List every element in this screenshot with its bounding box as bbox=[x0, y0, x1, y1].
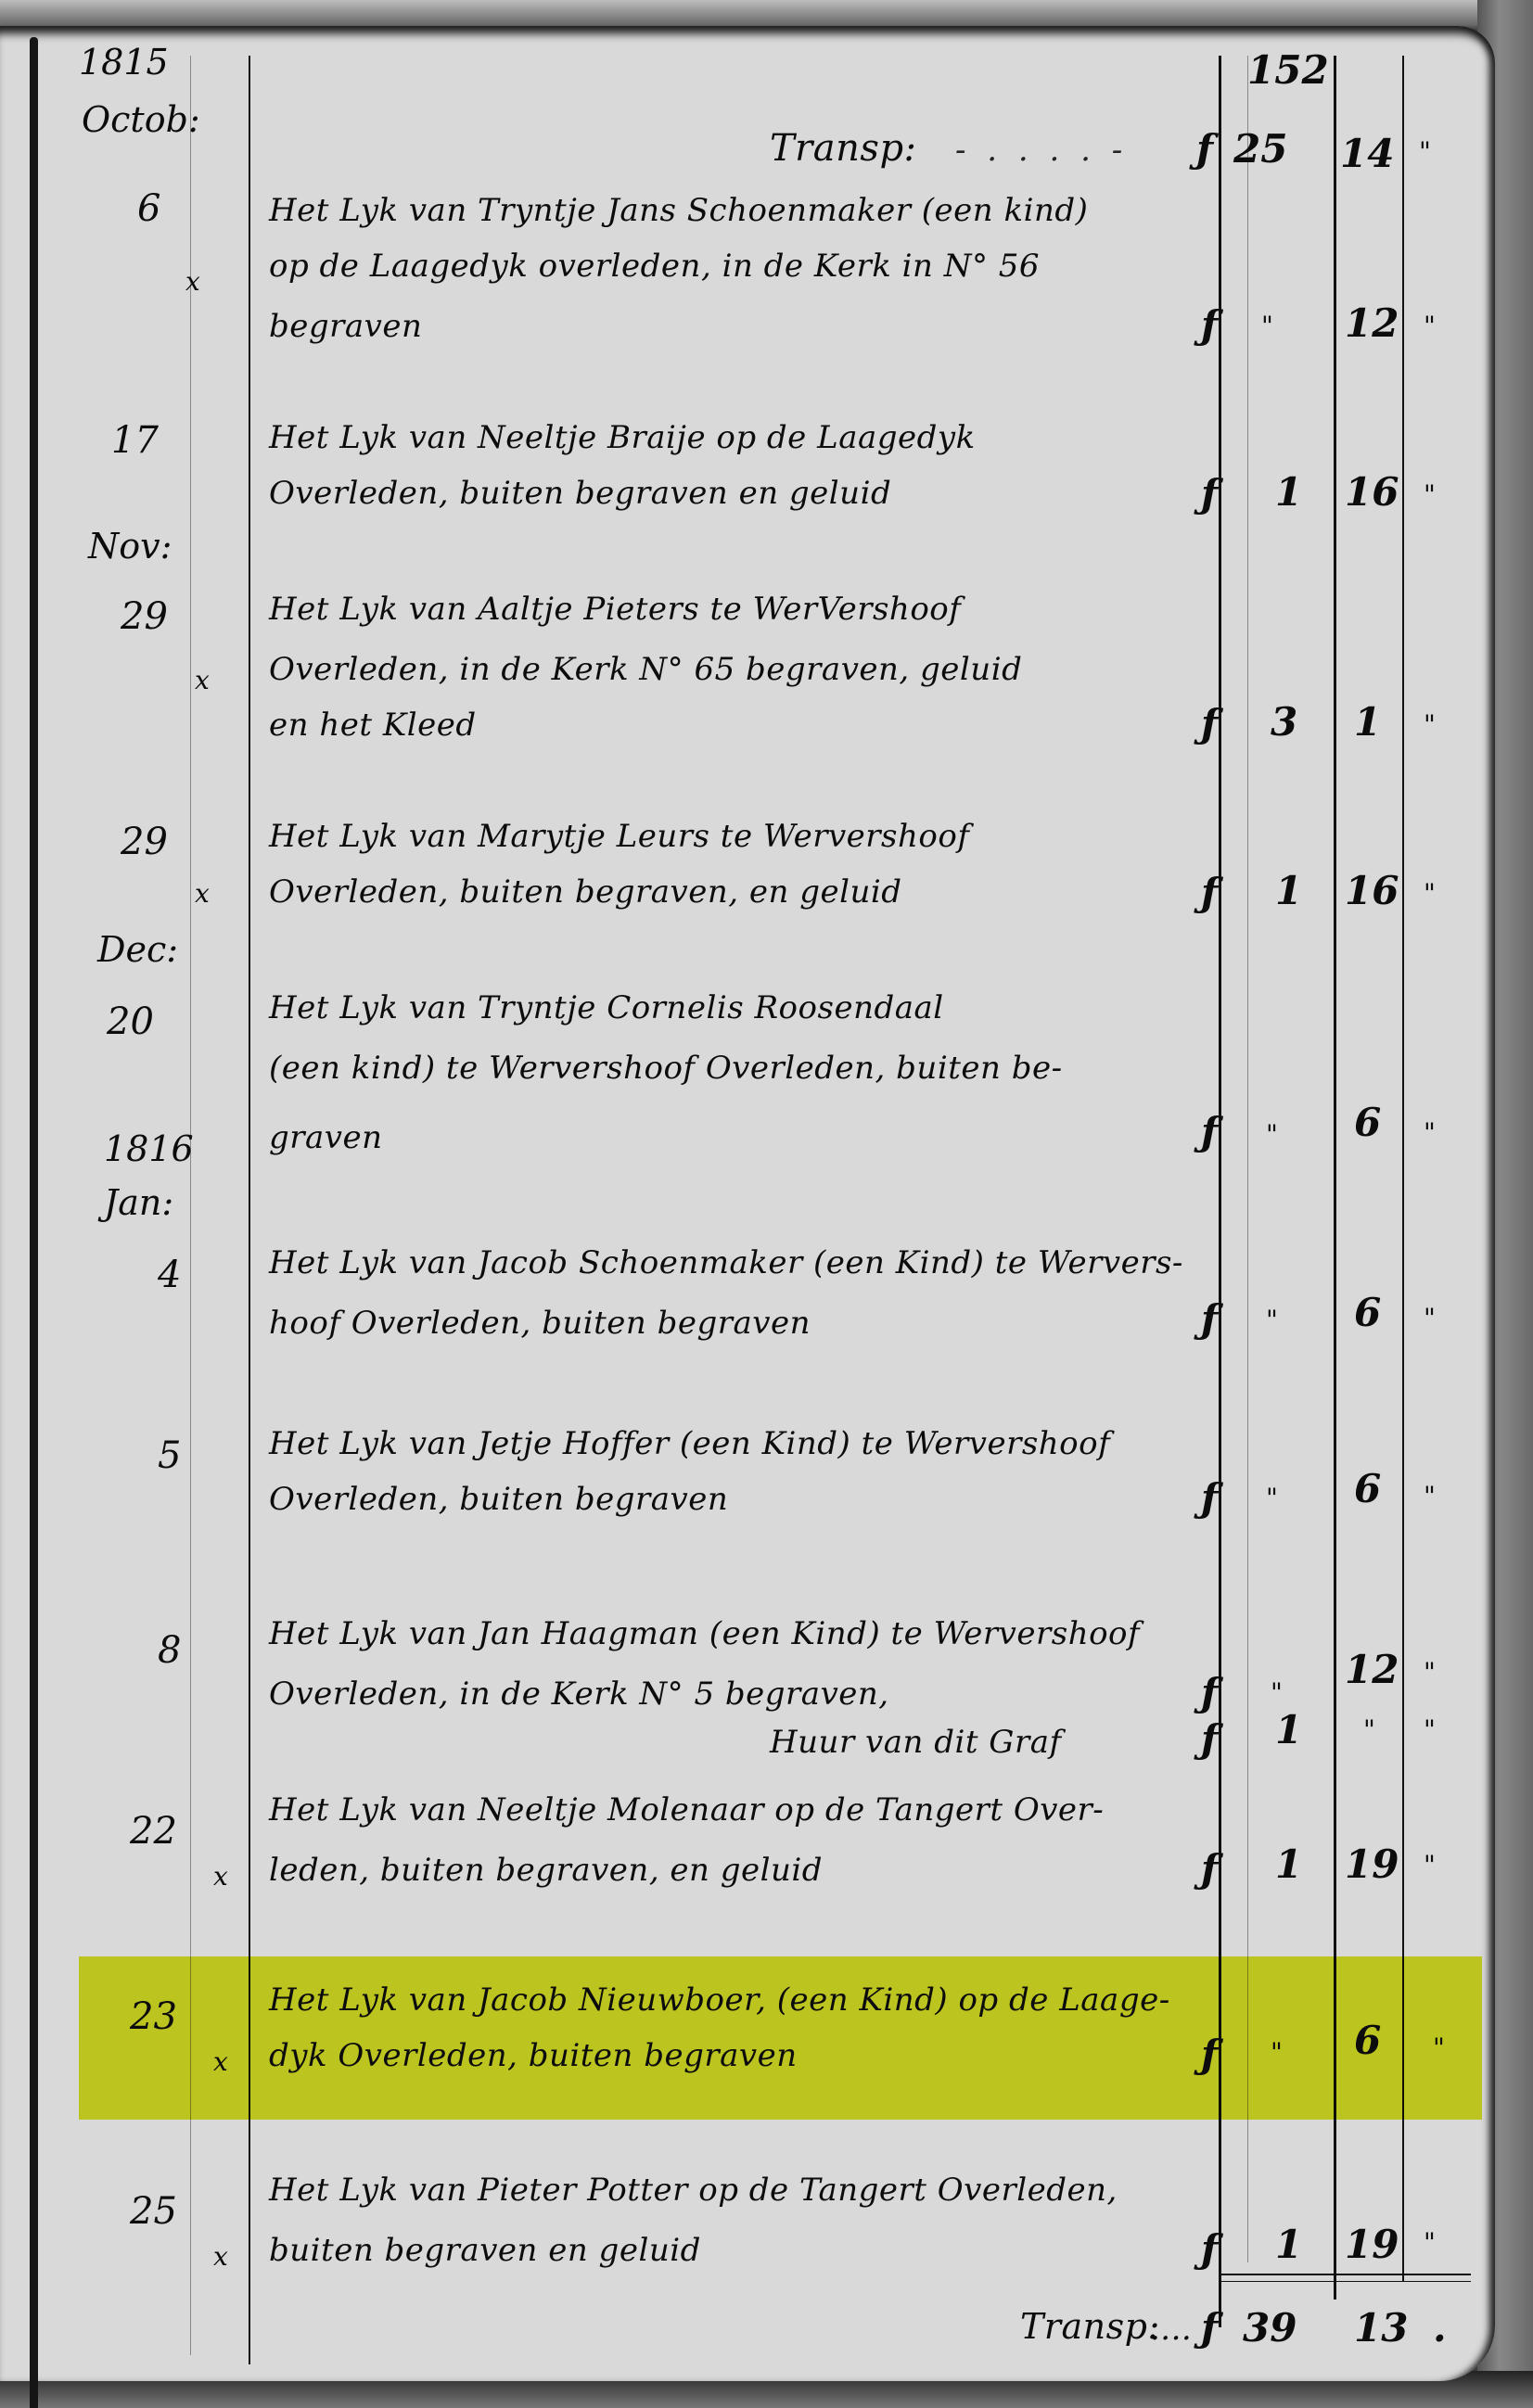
entry-penningen: " bbox=[1424, 2230, 1436, 2256]
entry-line: buiten begraven en geluid bbox=[269, 2235, 701, 2266]
entry-line: Het Lyk van Tryntje Cornelis Roosendaal bbox=[269, 992, 944, 1024]
entry-stuivers: 19 bbox=[1345, 1845, 1399, 1884]
entry-penningen: " bbox=[1424, 1660, 1436, 1686]
entry-penningen: " bbox=[1424, 1853, 1436, 1879]
entry-line: graven bbox=[269, 1122, 383, 1153]
currency-mark: ƒ bbox=[1201, 2309, 1218, 2348]
entry-date: 8 bbox=[158, 1632, 181, 1669]
entry-guilders: 1 bbox=[1275, 2225, 1302, 2264]
entry-line: hoof Overleden, buiten begraven bbox=[269, 1307, 811, 1339]
entry-stuivers: 16 bbox=[1345, 872, 1399, 911]
transport-guilders-bottom: 39 bbox=[1243, 2309, 1297, 2348]
entry-guilders: " bbox=[1271, 2040, 1283, 2066]
extra-stuivers: " bbox=[1363, 1717, 1375, 1743]
entry-date: 20 bbox=[107, 1003, 154, 1040]
month-october: Octob: bbox=[82, 102, 200, 137]
entry-line: (een kind) te Wervershoof Overleden, bui… bbox=[269, 1052, 1063, 1084]
entry-marker: x bbox=[195, 881, 210, 907]
year-1815: 1815 bbox=[79, 45, 169, 80]
transport-guilders-top: 25 bbox=[1233, 130, 1287, 169]
currency-mark: ƒ bbox=[1201, 475, 1218, 514]
entry-stuivers: 19 bbox=[1345, 2225, 1399, 2264]
entry-line: Het Lyk van Aaltje Pieters te WerVershoo… bbox=[269, 593, 961, 625]
entry-guilders: " bbox=[1266, 1485, 1278, 1511]
entry-line: Overleden, buiten begraven, en geluid bbox=[269, 876, 902, 908]
entry-stuivers: 12 bbox=[1345, 304, 1399, 343]
entry-line: Het Lyk van Pieter Potter op de Tangert … bbox=[269, 2174, 1118, 2206]
transport-leader-top: - . . . . - bbox=[955, 134, 1128, 166]
entry-guilders: 1 bbox=[1275, 1845, 1302, 1884]
page-number: 152 bbox=[1247, 51, 1329, 90]
entry-marker: x bbox=[195, 668, 210, 694]
entry-penningen: " bbox=[1424, 712, 1436, 738]
entry-stuivers: 6 bbox=[1354, 1103, 1381, 1142]
entry-line: en het Kleed bbox=[269, 709, 477, 741]
entry-stuivers: 16 bbox=[1345, 473, 1399, 512]
entry-guilders: " bbox=[1266, 1307, 1278, 1333]
currency-mark: ƒ bbox=[1196, 130, 1213, 169]
currency-mark: ƒ bbox=[1201, 1674, 1218, 1713]
entry-line: Overleden, in de Kerk N° 65 begraven, ge… bbox=[269, 654, 1022, 685]
entry-penningen: " bbox=[1433, 2035, 1445, 2061]
total-rule bbox=[1220, 2274, 1471, 2275]
entry-date: 4 bbox=[158, 1256, 181, 1293]
entry-guilders: 1 bbox=[1275, 872, 1302, 911]
entry-date: 29 bbox=[121, 598, 168, 635]
currency-mark: ƒ bbox=[1201, 2035, 1218, 2074]
entry-penningen: " bbox=[1424, 881, 1436, 907]
extra-penningen: " bbox=[1424, 1717, 1436, 1743]
entry-line: leden, buiten begraven, en geluid bbox=[269, 1854, 823, 1886]
entry-guilders: 3 bbox=[1271, 703, 1297, 742]
entry-marker: x bbox=[213, 2049, 228, 2075]
entry-line: Overleden, in de Kerk N° 5 begraven, bbox=[269, 1678, 889, 1710]
penningen-column-rule bbox=[1402, 56, 1404, 2281]
currency-mark: ƒ bbox=[1201, 1479, 1218, 1518]
entry-line: Huur van dit Graf bbox=[770, 1726, 1062, 1758]
entry-marker: x bbox=[185, 269, 200, 295]
entry-line: begraven bbox=[269, 311, 422, 342]
entry-stuivers: 6 bbox=[1354, 1470, 1381, 1509]
currency-mark: ƒ bbox=[1201, 1850, 1218, 1889]
entry-date: 25 bbox=[130, 2193, 177, 2230]
entry-guilders: " bbox=[1266, 1122, 1278, 1148]
transport-label-top: Transp: bbox=[770, 130, 917, 167]
currency-mark: ƒ bbox=[1201, 1113, 1218, 1152]
entry-date: 5 bbox=[158, 1437, 181, 1474]
transport-label-bottom: Transp: bbox=[1020, 2309, 1160, 2344]
entry-penningen: " bbox=[1424, 313, 1436, 339]
entry-date: 6 bbox=[137, 190, 160, 227]
entry-line: Het Lyk van Tryntje Jans Schoenmaker (ee… bbox=[269, 195, 1088, 226]
entry-line: Het Lyk van Jacob Nieuwboer, (een Kind) … bbox=[269, 1984, 1170, 2016]
currency-mark: ƒ bbox=[1201, 873, 1218, 912]
currency-mark: ƒ bbox=[1201, 1720, 1218, 1759]
entry-line: Het Lyk van Jan Haagman (een Kind) te We… bbox=[269, 1618, 1140, 1650]
entry-line: Het Lyk van Neeltje Braije op de Laagedy… bbox=[269, 422, 976, 453]
extra-guilders: 1 bbox=[1275, 1711, 1302, 1750]
entry-line: Het Lyk van Marytje Leurs te Wervershoof bbox=[269, 821, 969, 852]
currency-mark: ƒ bbox=[1201, 2230, 1218, 2269]
entry-line: Het Lyk van Jetje Hoffer (een Kind) te W… bbox=[269, 1428, 1110, 1459]
entry-line: Het Lyk van Neeltje Molenaar op de Tange… bbox=[269, 1794, 1104, 1826]
entry-date: 29 bbox=[121, 823, 168, 860]
entry-penningen: " bbox=[1424, 1484, 1436, 1510]
entry-penningen: " bbox=[1424, 482, 1436, 508]
year-1816: 1816 bbox=[104, 1131, 194, 1166]
transport-leader-bottom: .... bbox=[1150, 2313, 1192, 2345]
guilders-inner-rule bbox=[1247, 56, 1248, 2262]
month-november: Nov: bbox=[88, 529, 172, 564]
entry-date: 17 bbox=[111, 422, 159, 459]
entry-line: Het Lyk van Jacob Schoenmaker (een Kind)… bbox=[269, 1247, 1183, 1279]
entry-penningen: " bbox=[1424, 1306, 1436, 1331]
entry-line: Overleden, buiten begraven bbox=[269, 1484, 728, 1515]
currency-mark: ƒ bbox=[1201, 1300, 1218, 1339]
entry-stuivers: 6 bbox=[1354, 2021, 1381, 2060]
entry-date: 23 bbox=[130, 1998, 177, 2035]
currency-mark: ƒ bbox=[1201, 306, 1218, 345]
total-rule-double bbox=[1220, 2281, 1471, 2282]
entry-stuivers: 1 bbox=[1354, 703, 1381, 742]
transport-penningen-bottom: . bbox=[1433, 2309, 1447, 2348]
entry-guilders: " bbox=[1271, 1680, 1283, 1706]
entry-date: 22 bbox=[130, 1813, 177, 1850]
entry-guilders: 1 bbox=[1275, 473, 1302, 512]
entry-line: op de Laagedyk overleden, in de Kerk in … bbox=[269, 250, 1040, 282]
entry-penningen: " bbox=[1424, 1120, 1436, 1146]
transport-penningen-top: " bbox=[1419, 139, 1431, 165]
entry-stuivers: 6 bbox=[1354, 1293, 1381, 1332]
entry-stuivers: 12 bbox=[1345, 1650, 1399, 1689]
transport-stuivers-top: 14 bbox=[1340, 134, 1394, 173]
entry-line: dyk Overleden, buiten begraven bbox=[269, 2040, 798, 2071]
month-january: Jan: bbox=[104, 1185, 173, 1220]
entry-guilders: " bbox=[1261, 313, 1273, 339]
entry-marker: x bbox=[213, 1864, 228, 1890]
transport-stuivers-bottom: 13 bbox=[1354, 2309, 1408, 2348]
entry-marker: x bbox=[213, 2244, 228, 2270]
currency-mark: ƒ bbox=[1201, 705, 1218, 744]
month-december: Dec: bbox=[97, 932, 178, 967]
book-spine bbox=[30, 37, 38, 2408]
entry-line: Overleden, buiten begraven en geluid bbox=[269, 478, 891, 509]
